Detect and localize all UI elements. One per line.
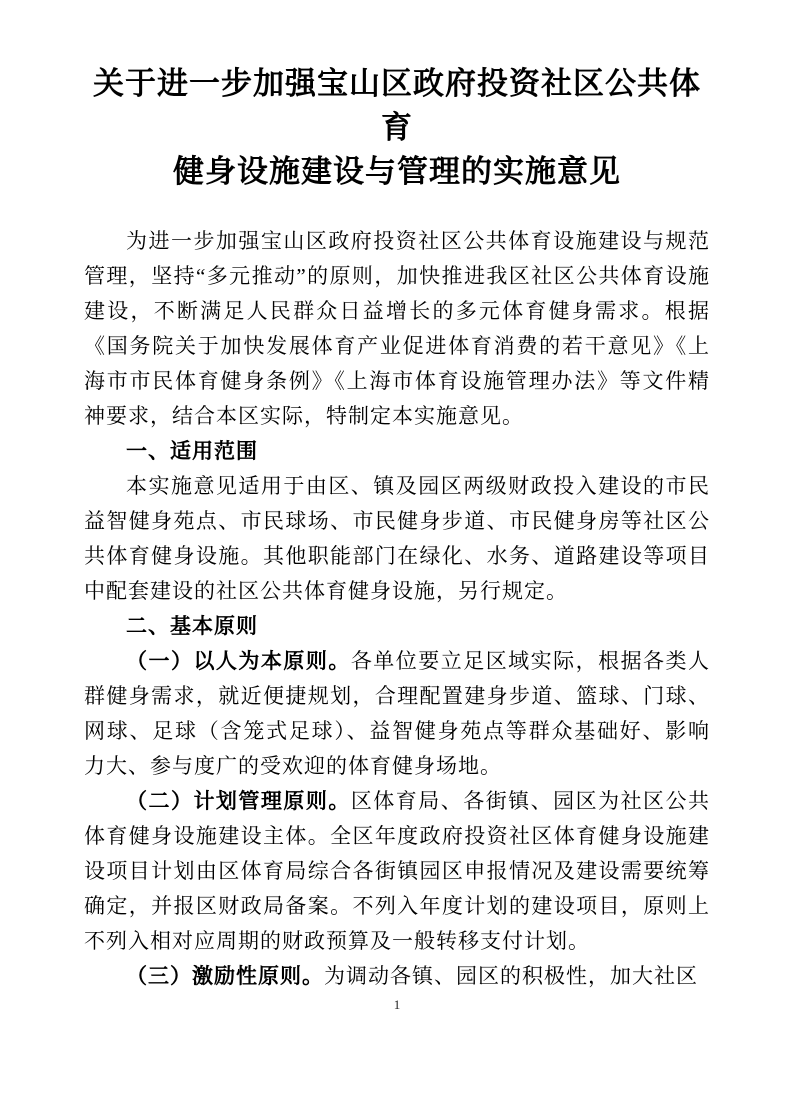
principle-item-3: （三）激励性原则。为调动各镇、园区的积极性，加大社区 (84, 959, 710, 994)
principle-2-lead: （二）计划管理原则。 (126, 789, 351, 813)
principle-3-text: 为调动各镇、园区的积极性，加大社区 (324, 964, 698, 988)
principle-item-1: （一）以人为本原则。各单位要立足区域实际，根据各类人群健身需求，就近便捷规划，合… (84, 644, 710, 784)
document-title: 关于进一步加强宝山区政府投资社区公共体育 健身设施建设与管理的实施意见 (84, 62, 710, 194)
document-page: 关于进一步加强宝山区政府投资社区公共体育 健身设施建设与管理的实施意见 为进一步… (0, 0, 794, 1093)
page-number: 1 (0, 997, 794, 1013)
section-1-body: 本实施意见适用于由区、镇及园区两级财政投入建设的市民益智健身苑点、市民球场、市民… (84, 469, 710, 609)
intro-paragraph: 为进一步加强宝山区政府投资社区公共体育设施建设与规范管理，坚持“多元推动”的原则… (84, 224, 710, 434)
section-1-heading: 一、适用范围 (84, 434, 710, 469)
principle-2-text: 区体育局、各街镇、园区为社区公共体育健身设施建设主体。全区年度政府投资社区体育健… (84, 789, 710, 953)
section-2-heading: 二、基本原则 (84, 609, 710, 644)
principle-3-lead: （三）激励性原则。 (126, 964, 324, 988)
principle-item-2: （二）计划管理原则。区体育局、各街镇、园区为社区公共体育健身设施建设主体。全区年… (84, 784, 710, 959)
principle-1-lead: （一）以人为本原则。 (126, 649, 351, 673)
